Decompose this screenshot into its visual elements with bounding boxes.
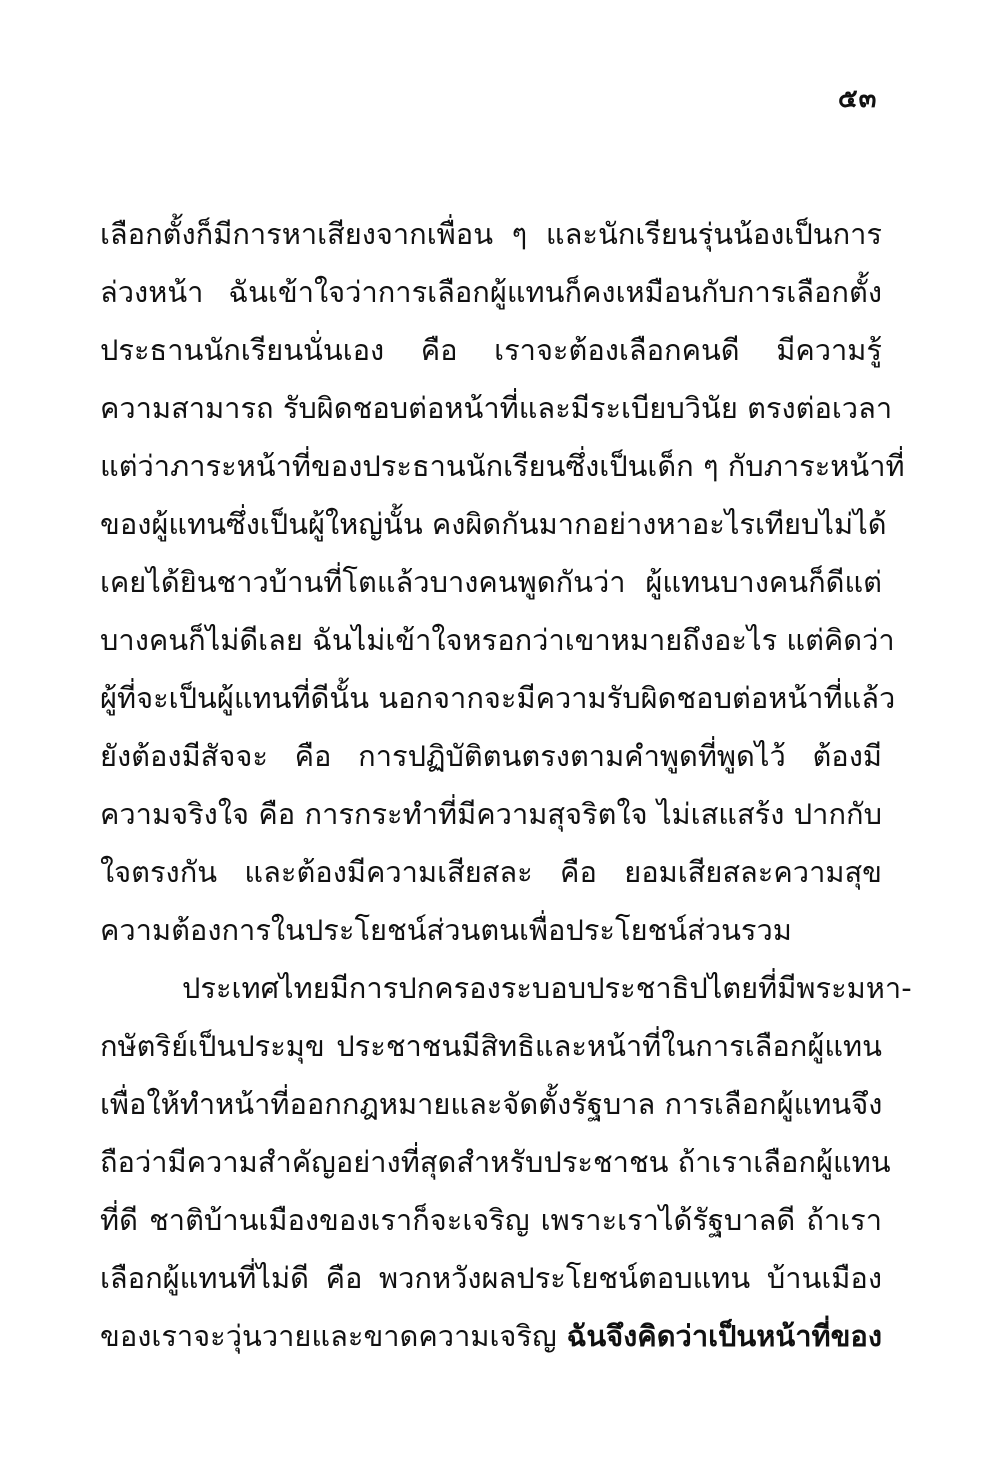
text-line: เพื่อให้ทำหน้าที่ออกกฎหมายและจัดตั้งรัฐบ…	[100, 1075, 882, 1133]
body-text: เลือกตั้งก็มีการหาเสียงจากเพื่อน ๆ และนั…	[100, 205, 882, 1365]
text-line: เลือกตั้งก็มีการหาเสียงจากเพื่อน ๆ และนั…	[100, 205, 882, 263]
text-line-indented: ประเทศไทยมีการปกครองระบอบประชาธิปไตยที่ม…	[100, 959, 882, 1017]
paragraph-1: เลือกตั้งก็มีการหาเสียงจากเพื่อน ๆ และนั…	[100, 205, 882, 959]
text-line: ใจตรงกัน และต้องมีความเสียสละ คือ ยอมเสี…	[100, 843, 882, 901]
text-line-final: ของเราจะวุ่นวายและขาดความเจริญ ฉันจึงคิด…	[100, 1307, 882, 1365]
text-line: ของผู้แทนซึ่งเป็นผู้ใหญ่นั้น คงผิดกันมาก…	[100, 495, 882, 553]
regular-text: ของเราจะวุ่นวายและขาดความเจริญ	[100, 1319, 557, 1353]
text-line: เคยได้ยินชาวบ้านที่โตแล้วบางคนพูดกันว่า …	[100, 553, 882, 611]
text-line: กษัตริย์เป็นประมุข ประชาชนมีสิทธิและหน้า…	[100, 1017, 882, 1075]
bold-emphasis-text: ฉันจึงคิดว่าเป็นหน้าที่ของ	[567, 1319, 882, 1353]
text-line: ล่วงหน้า ฉันเข้าใจว่าการเลือกผู้แทนก็คงเ…	[100, 263, 882, 321]
text-line: ความจริงใจ คือ การกระทำที่มีความสุจริตใจ…	[100, 785, 882, 843]
text-line: ประธานนักเรียนนั่นเอง คือ เราจะต้องเลือก…	[100, 321, 882, 379]
text-line: บางคนก็ไม่ดีเลย ฉันไม่เข้าใจหรอกว่าเขาหม…	[100, 611, 882, 669]
text-line: ยังต้องมีสัจจะ คือ การปฏิบัติตนตรงตามคำพ…	[100, 727, 882, 785]
text-line: เลือกผู้แทนที่ไม่ดี คือ พวกหวังผลประโยชน…	[100, 1249, 882, 1307]
text-line: ผู้ที่จะเป็นผู้แทนที่ดีนั้น นอกจากจะมีคว…	[100, 669, 882, 727]
page-number: ๕๓	[838, 78, 877, 119]
text-line: ความต้องการในประโยชน์ส่วนตนเพื่อประโยชน์…	[100, 901, 882, 959]
text-line: ความสามารถ รับผิดชอบต่อหน้าที่และมีระเบี…	[100, 379, 882, 437]
paragraph-2: ประเทศไทยมีการปกครองระบอบประชาธิปไตยที่ม…	[100, 959, 882, 1365]
text-line: ถือว่ามีความสำคัญอย่างที่สุดสำหรับประชาช…	[100, 1133, 882, 1191]
text-line: ที่ดี ชาติบ้านเมืองของเราก็จะเจริญ เพราะ…	[100, 1191, 882, 1249]
text-line: แต่ว่าภาระหน้าที่ของประธานนักเรียนซึ่งเป…	[100, 437, 882, 495]
